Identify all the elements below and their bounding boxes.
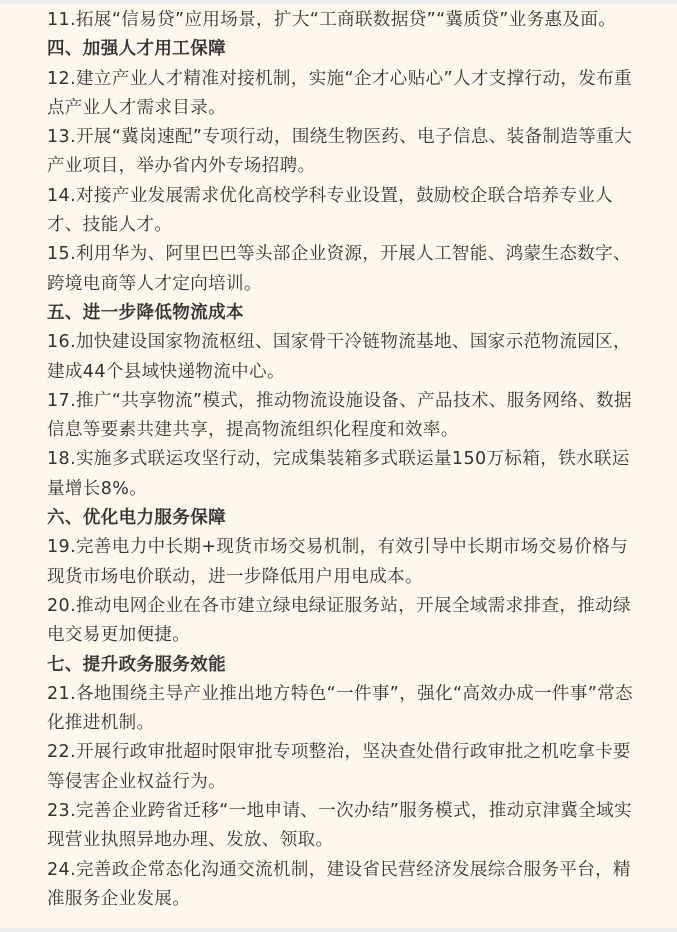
item-17: 17.推广“共享物流”模式，推动物流设施设备、产品技术、服务网络、数据信息等要素… xyxy=(47,387,637,446)
item-20: 20.推动电网企业在各市建立绿电绿证服务站，开展全域需求排查，推动绿电交易更加便… xyxy=(47,592,637,651)
article-body: 11.拓展“信易贷”应用场景，扩大“工商联数据贷”“冀质贷”业务惠及面。 四、加… xyxy=(47,6,637,914)
item-24: 24.完善政企常态化沟通交流机制，建设省民营经济发展综合服务平台，精准服务企业发… xyxy=(47,856,637,915)
item-18: 18.实施多式联运攻坚行动，完成集装箱多式联运量150万标箱，铁水联运量增长8%… xyxy=(47,445,637,504)
item-14: 14.对接产业发展需求优化高校学科专业设置，鼓励校企联合培养专业人才、技能人才。 xyxy=(47,182,637,241)
item-16: 16.加快建设国家物流枢纽、国家骨干冷链物流基地、国家示范物流园区，建成44个县… xyxy=(47,328,637,387)
item-12: 12.建立产业人才精准对接机制，实施“企才心贴心”人才支撑行动，发布重点产业人才… xyxy=(47,65,637,124)
section-heading-4: 四、加强人才用工保障 xyxy=(47,35,637,64)
item-22: 22.开展行政审批超时限审批专项整治，坚决查处借行政审批之机吃拿卡要等侵害企业权… xyxy=(47,738,637,797)
bottom-divider xyxy=(0,928,677,932)
item-11: 11.拓展“信易贷”应用场景，扩大“工商联数据贷”“冀质贷”业务惠及面。 xyxy=(47,6,637,35)
section-heading-6: 六、优化电力服务保障 xyxy=(47,504,637,533)
item-23: 23.完善企业跨省迁移“一地申请、一次办结”服务模式，推动京津冀全域实现营业执照… xyxy=(47,797,637,856)
article-page: 11.拓展“信易贷”应用场景，扩大“工商联数据贷”“冀质贷”业务惠及面。 四、加… xyxy=(0,4,677,928)
item-13: 13.开展“冀岗速配”专项行动，围绕生物医药、电子信息、装备制造等重大产业项目，… xyxy=(47,123,637,182)
section-heading-5: 五、进一步降低物流成本 xyxy=(47,299,637,328)
section-heading-7: 七、提升政务服务效能 xyxy=(47,651,637,680)
item-19: 19.完善电力中长期+现货市场交易机制，有效引导中长期市场交易价格与现货市场电价… xyxy=(47,533,637,592)
item-21: 21.各地围绕主导产业推出地方特色“一件事”，强化“高效办成一件事”常态化推进机… xyxy=(47,680,637,739)
item-15: 15.利用华为、阿里巴巴等头部企业资源，开展人工智能、鸿蒙生态数字、跨境电商等人… xyxy=(47,240,637,299)
